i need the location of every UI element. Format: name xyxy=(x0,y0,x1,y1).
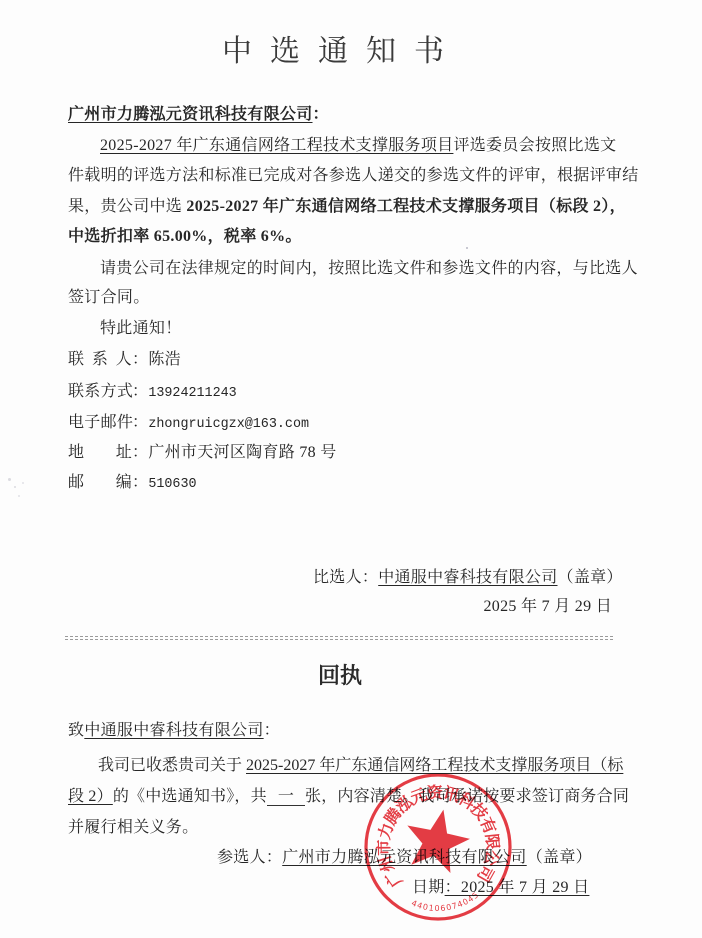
contact-colon: ： xyxy=(132,444,148,461)
scan-speck xyxy=(8,478,11,481)
receipt-to-prefix: 致 xyxy=(68,722,84,739)
page-count: 一 xyxy=(267,788,305,806)
receipt-line1: 我司已收悉贵司关于 2025-2027 年广东通信网络工程技术支撑服务项目（标 xyxy=(98,756,623,776)
receipt-project-cont: 段 2） xyxy=(68,788,113,805)
contact-label: 联系方式 xyxy=(68,382,132,402)
selected-project: 2025-2027 年广东通信网络工程技术支撑服务项目（标段 2）， xyxy=(186,198,626,215)
para2-line2: 签订合同。 xyxy=(68,288,150,308)
separator-line xyxy=(65,639,613,640)
seal-note: （盖章） xyxy=(558,569,623,586)
seal-star-icon xyxy=(400,803,475,875)
contact-label: 地 址 xyxy=(68,443,132,463)
receipt-addressee: 致中通服中睿科技有限公司： xyxy=(68,721,280,741)
notice-date: 2025 年 7 月 29 日 xyxy=(484,597,613,617)
para1-line2: 件载明的评选方法和标准已完成对各参选人递交的参选文件的评审，根据评审结 xyxy=(68,166,639,186)
contact-value: 13924211243 xyxy=(148,386,236,401)
receipt-line2: 段 2）的《中选通知书》，共一张，内容清楚。我司承诺按要求签订商务合同 xyxy=(68,787,629,807)
contact-label: 电子邮件 xyxy=(68,413,132,433)
contact-label: 邮 编 xyxy=(68,473,132,493)
scan-speck xyxy=(18,495,20,497)
receipt-seal-note: （盖章） xyxy=(527,849,592,866)
receipt-to-suffix: ： xyxy=(264,722,280,739)
signature-company: 中通服中睿科技有限公司 xyxy=(378,569,557,586)
receipt-to-company: 中通服中睿科技有限公司 xyxy=(84,722,263,739)
receipt-signature-label: 参选人： xyxy=(217,849,282,866)
contact-address-row: 地 址：广州市天河区陶育路 78 号 xyxy=(68,443,337,463)
closing-text: 特此通知！ xyxy=(100,319,182,339)
receipt-line2-a: 的《中选通知书》，共 xyxy=(113,788,267,805)
addressee-line: 广州市力腾泓元资讯科技有限公司： xyxy=(68,105,329,125)
contact-email-row: 电子邮件：zhongruicgzx@163.com xyxy=(68,413,309,433)
signature-label: 比选人： xyxy=(313,569,378,586)
contact-value: zhongruicgzx@163.com xyxy=(148,417,309,432)
contact-value: 陈浩 xyxy=(148,351,181,368)
scan-speck xyxy=(14,486,16,488)
company-seal: 广州市力腾泓元资讯科技有限公司 440106074045 xyxy=(363,772,513,922)
contact-colon: ： xyxy=(132,414,148,431)
addressee-company: 广州市力腾泓元资讯科技有限公司 xyxy=(68,106,313,123)
contact-person-row: 联 系 人：陈浩 xyxy=(68,350,181,370)
para1-line1-text: 评选委员会按照比选文 xyxy=(453,137,616,154)
contact-colon: ： xyxy=(132,474,148,491)
notice-title: 中选通知书 xyxy=(222,34,462,70)
document-page: 中选通知书 广州市力腾泓元资讯科技有限公司： 2025-2027 年广东通信网络… xyxy=(0,0,702,938)
para1-line3: 果，贵公司中选 2025-2027 年广东通信网络工程技术支撑服务项目（标段 2… xyxy=(68,197,626,217)
project-name: 2025-2027 年广东通信网络工程技术支撑服务项目 xyxy=(100,137,453,154)
para2-line1: 请贵公司在法律规定的时间内，按照比选文件和参选文件的内容，与比选人 xyxy=(100,259,638,279)
separator-line xyxy=(65,636,613,637)
para1-line1: 2025-2027 年广东通信网络工程技术支撑服务项目评选委员会按照比选文 xyxy=(100,136,616,156)
para1-line3-lead: 果，贵公司中选 xyxy=(68,198,186,215)
discount-tax-rate: 中选折扣率 65.00%，税率 6%。 xyxy=(68,227,302,247)
contact-colon: ： xyxy=(132,383,148,400)
contact-postcode-row: 邮 编：510630 xyxy=(68,473,197,493)
contact-label: 联 系 人 xyxy=(68,350,132,370)
contact-value: 510630 xyxy=(148,477,196,492)
receipt-title: 回执 xyxy=(318,665,362,689)
receipt-line3: 并履行相关义务。 xyxy=(68,818,198,838)
contact-phone-row: 联系方式：13924211243 xyxy=(68,382,237,402)
scan-speck xyxy=(22,482,24,484)
contact-colon: ： xyxy=(132,351,148,368)
receipt-line1-lead: 我司已收悉贵司关于 xyxy=(98,757,246,774)
scan-speck xyxy=(466,247,468,249)
addressee-suffix: ： xyxy=(313,106,329,123)
contact-value: 广州市天河区陶育路 78 号 xyxy=(148,444,336,461)
notice-signature: 比选人：中通服中睿科技有限公司（盖章） xyxy=(313,568,623,588)
